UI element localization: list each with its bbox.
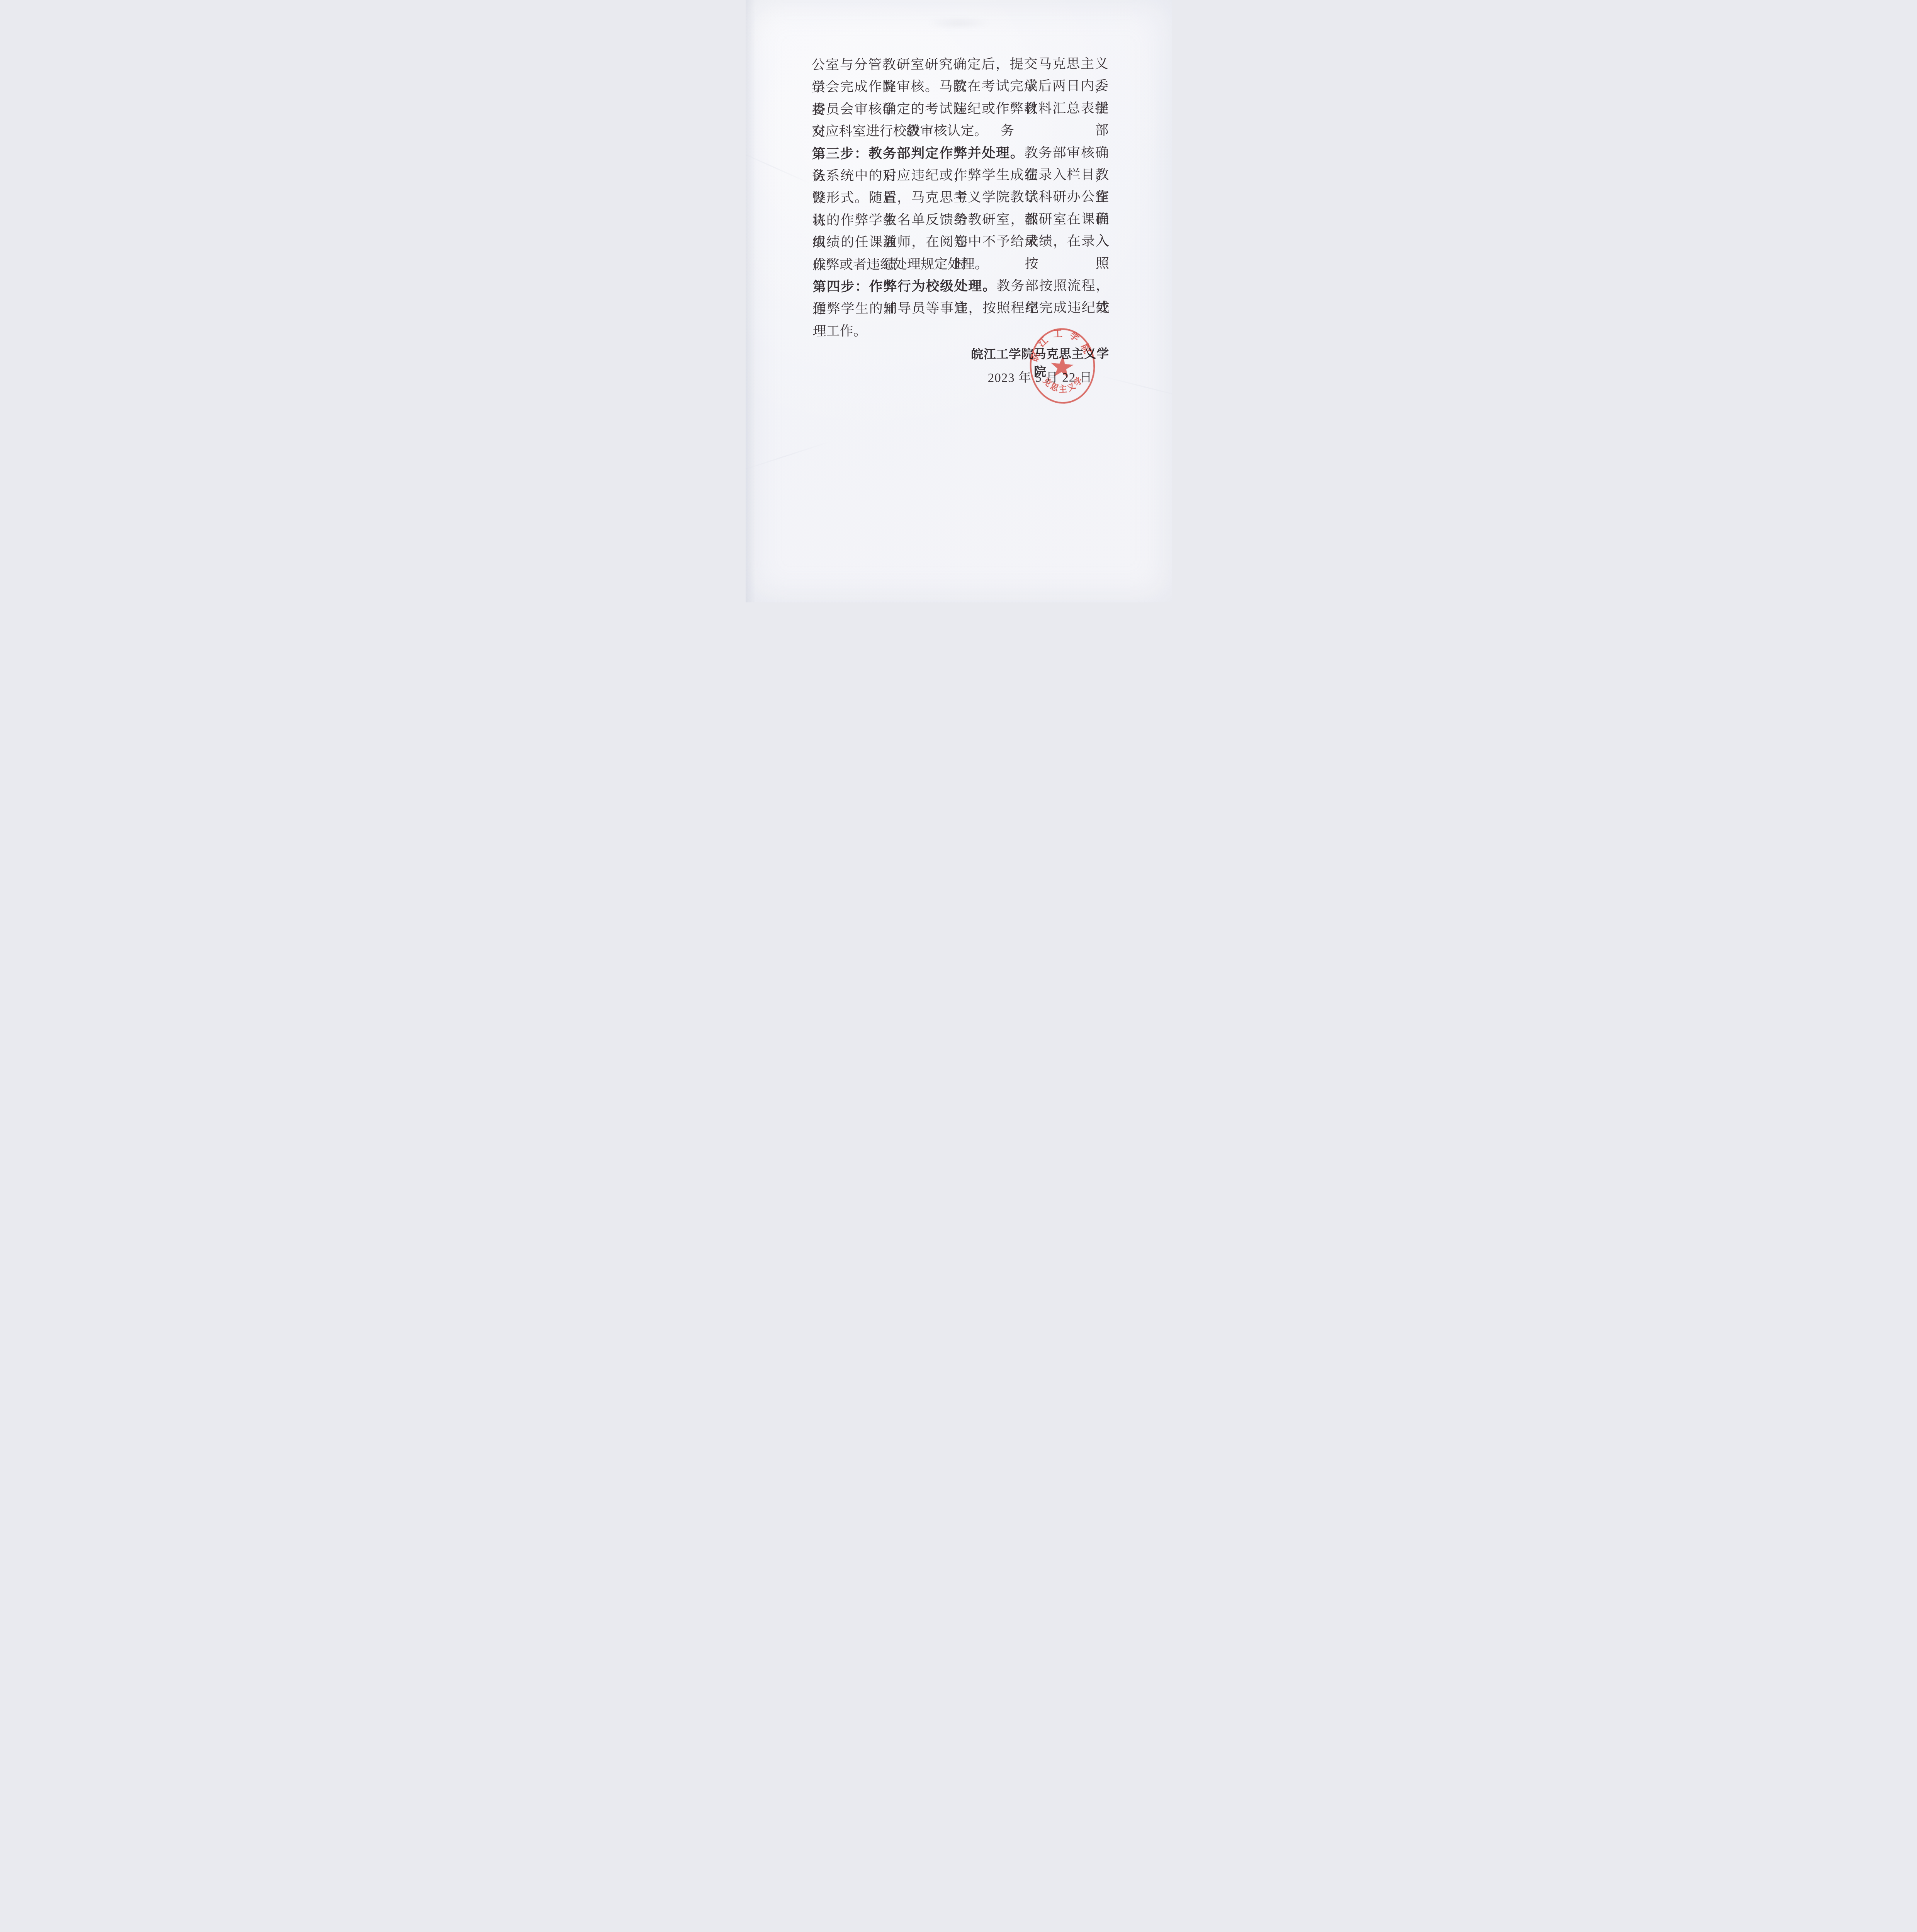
body-line: 员会完成作弊审核。马院在考试完成后两日内，将学院教学 <box>811 75 1108 99</box>
seal-top-text: 皖江工学院 <box>1027 327 1095 364</box>
body-line: 作弊学生的辅导员等事宜，按照程序完成违纪处理工作。 <box>812 297 1109 320</box>
body-line: 务系统中的对应违纪或作弊学生成绩录入栏目，设置考试作 <box>812 163 1108 187</box>
scan-edge-shadow <box>746 0 756 602</box>
body-line: 弊形式。随后，马克思主义学院教学科研办公室将教务部确 <box>812 186 1109 209</box>
body-line-text: 对应科室进行校级审核认定。 <box>812 123 987 139</box>
body-line: 成绩的任课教师，在阅卷中不予给成绩，在录入成绩时按照 <box>812 230 1109 253</box>
paper-crease <box>746 440 832 473</box>
body-line: 第三步：教务部判定作弊并处理。教务部审核确认后，在教 <box>812 141 1108 165</box>
official-seal: 皖江工学院 马克思主义学院 <box>1025 324 1099 407</box>
step-heading: 第四步：作弊行为校级处理。 <box>812 279 997 294</box>
document-body: 公室与分管教研室研究确定后，提交马克思主义学院教学委 员会完成作弊审核。马院在考… <box>811 53 1109 320</box>
star-icon <box>1050 355 1074 378</box>
body-line: 委员会审核确定的考试违纪或作弊材料汇总表提交教务部 <box>812 97 1108 121</box>
body-line: 认的作弊学生名单反馈给教研室，教研室在课程组通知录入 <box>812 208 1109 231</box>
step-heading: 第三步：教务部判定作弊并处理。 <box>812 145 1024 161</box>
document-page: 公室与分管教研室研究确定后，提交马克思主义学院教学委 员会完成作弊审核。马院在考… <box>746 0 1172 602</box>
body-line: 公室与分管教研室研究确定后，提交马克思主义学院教学委 <box>811 53 1108 76</box>
body-line: 第四步：作弊行为校级处理。教务部按照流程，通知违纪或 <box>812 274 1109 298</box>
bleed-through-artifact <box>926 18 992 29</box>
body-line-text: 作弊或者违纪处理规定处理。 <box>812 256 988 272</box>
